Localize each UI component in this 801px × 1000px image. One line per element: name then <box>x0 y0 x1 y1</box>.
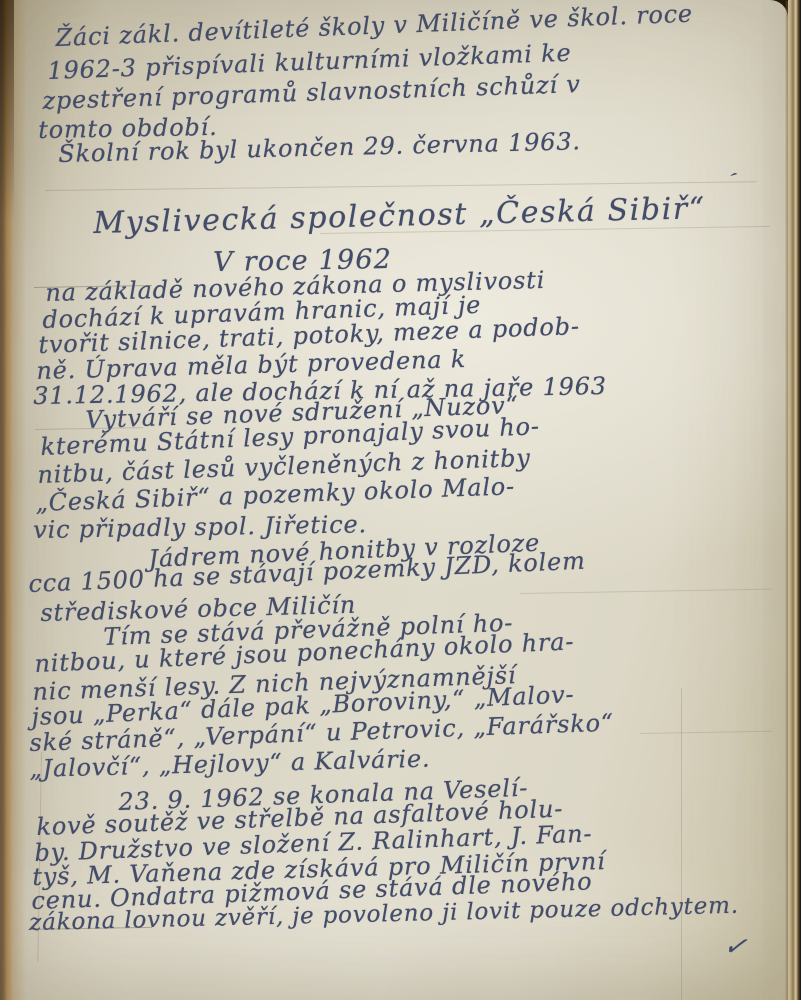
page-stack-edge <box>788 0 801 1000</box>
book-photo: Žáci zákl. devítileté školy v Miličíně v… <box>0 0 801 1000</box>
ink-check-mark: ✓ <box>721 928 749 964</box>
